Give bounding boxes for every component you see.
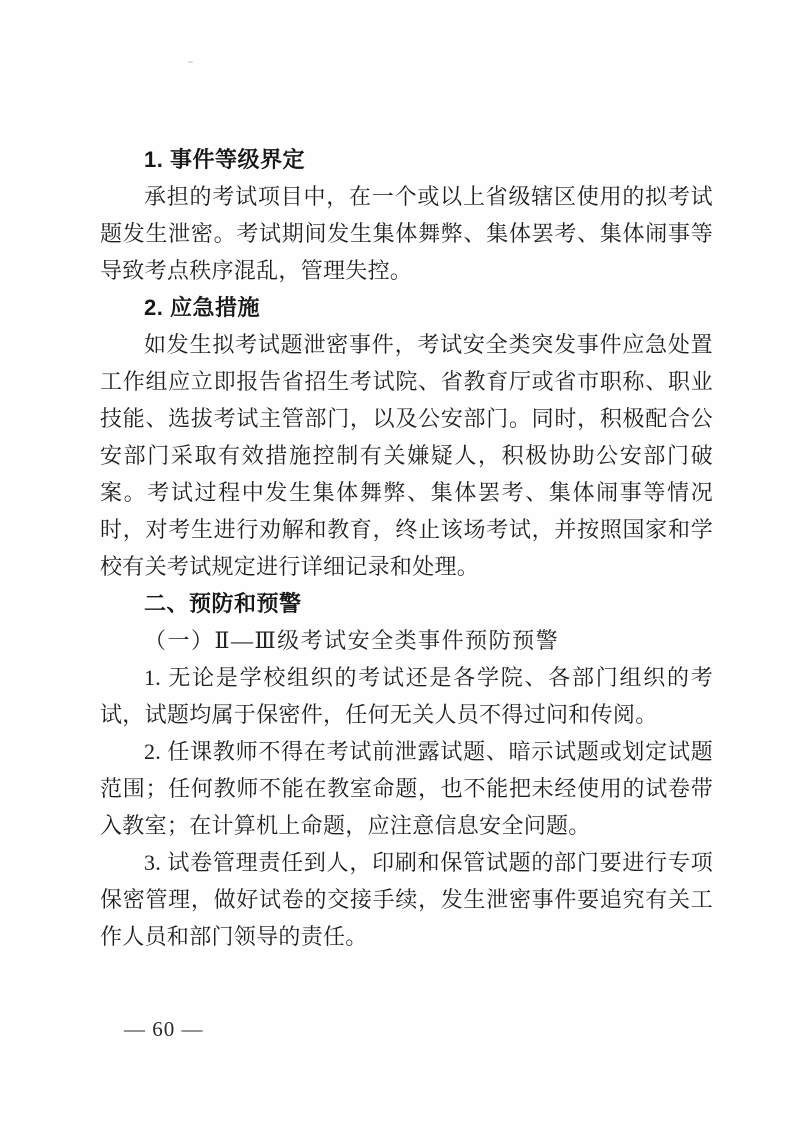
document-body: 1. 事件等级界定 承担的考试项目中，在一个或以上省级辖区使用的拟考试题发生泄密…: [100, 141, 713, 955]
page-footer: — 60 —: [124, 1017, 204, 1042]
document-page: 1. 事件等级界定 承担的考试项目中，在一个或以上省级辖区使用的拟考试题发生泄密…: [0, 0, 793, 1122]
paragraph-prevention-item-2: 2. 任课教师不得在考试前泄露试题、暗示试题或划定试题范围；任何教师不能在教室命…: [100, 733, 713, 844]
paragraph-prevention-item-3: 3. 试卷管理责任到人，印刷和保管试题的部门要进行专项保密管理，做好试卷的交接手…: [100, 844, 713, 955]
subsection-heading-level-2-3-prevention: （一）Ⅱ—Ⅲ级考试安全类事件预防预警: [100, 622, 713, 659]
scan-artifact-speck: [188, 61, 193, 63]
paragraph-emergency-measures: 如发生拟考试题泄密事件，考试安全类突发事件应急处置工作组应立即报告省招生考试院、…: [100, 326, 713, 585]
section-heading-emergency-measures: 2. 应急措施: [100, 289, 713, 326]
paragraph-incident-level-definition: 承担的考试项目中，在一个或以上省级辖区使用的拟考试题发生泄密。考试期间发生集体舞…: [100, 178, 713, 289]
paragraph-prevention-item-1: 1. 无论是学校组织的考试还是各学院、各部门组织的考试，试题均属于保密件，任何无…: [100, 659, 713, 733]
section-heading-prevention-warning: 二、预防和预警: [100, 585, 713, 622]
section-heading-incident-level: 1. 事件等级界定: [100, 141, 713, 178]
page-number: — 60 —: [124, 1017, 204, 1041]
